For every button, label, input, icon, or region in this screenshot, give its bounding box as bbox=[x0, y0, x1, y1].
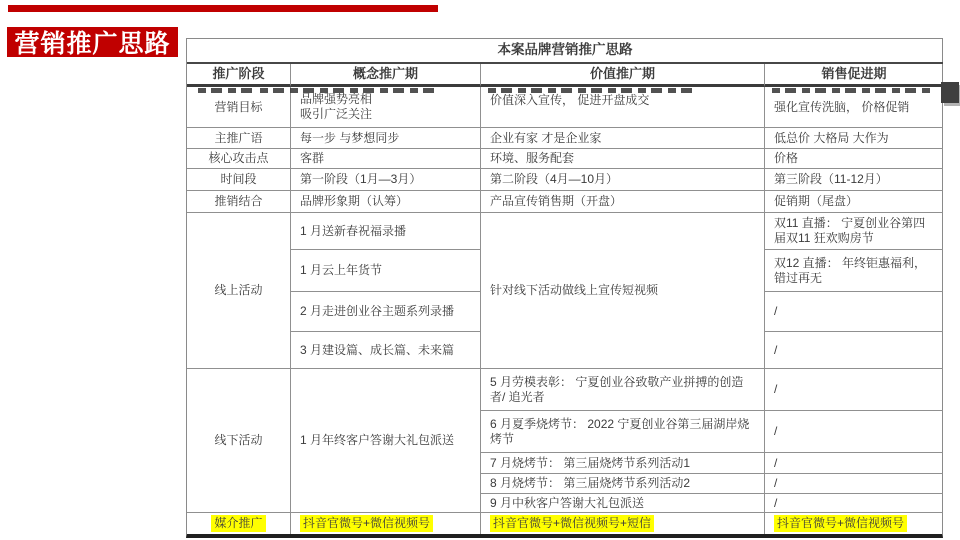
marketing-table: 本案品牌营销推广思路 推广阶段 概念推广期 价值推广期 销售促进期 营销目标 品… bbox=[186, 38, 943, 538]
row-label-goal: 营销目标 bbox=[187, 87, 291, 128]
section-label-offline: 线下活动 bbox=[187, 369, 291, 513]
offline-value-item-4: 8 月烧烤节： 第三届烧烤节系列活动2 bbox=[481, 474, 765, 494]
online-value-merged: 针对线下活动做线上宣传短视频 bbox=[481, 213, 765, 369]
row-label-period: 时间段 bbox=[187, 169, 291, 191]
cell-slogan-sales: 低总价 大格局 大作为 bbox=[765, 128, 943, 149]
cell-focus-sales: 价格 bbox=[765, 149, 943, 169]
offline-value-item-5: 9 月中秋客户答谢大礼包派送 bbox=[481, 494, 765, 513]
cell-period-value: 第二阶段（4月—10月） bbox=[481, 169, 765, 191]
cell-goal-concept: 品牌强势亮相 吸引广泛关注 bbox=[291, 87, 481, 128]
offline-value-item-1: 5 月劳模表彰： 宁夏创业谷致敬产业拼搏的创造者/ 追光者 bbox=[481, 369, 765, 411]
cell-focus-concept: 客群 bbox=[291, 149, 481, 169]
slide-page: 营销推广思路 本案品牌营销推广思路 推广阶段 概念推广期 价值推广期 销售促进期… bbox=[0, 0, 960, 540]
online-sales-item-4: / bbox=[765, 332, 943, 369]
row-label-focus: 核心攻击点 bbox=[187, 149, 291, 169]
offline-sales-item-2: / bbox=[765, 411, 943, 453]
media-label-highlight: 媒介推广 bbox=[211, 515, 265, 532]
online-concept-item-4: 3 月建设篇、成长篇、未来篇 bbox=[291, 332, 481, 369]
offline-sales-item-1: / bbox=[765, 369, 943, 411]
redaction-artifact bbox=[772, 88, 934, 93]
cell-combine-concept: 品牌形象期（认筹） bbox=[291, 191, 481, 213]
media-cell-concept: 抖音官微号+微信视频号 bbox=[291, 513, 481, 534]
header-concept-period: 概念推广期 bbox=[291, 64, 481, 87]
dark-square-decoration bbox=[941, 82, 959, 103]
media-cell-sales: 抖音官微号+微信视频号 bbox=[765, 513, 943, 534]
cell-period-sales: 第三阶段（11-12月） bbox=[765, 169, 943, 191]
section-label-online: 线上活动 bbox=[187, 213, 291, 369]
offline-sales-item-4: / bbox=[765, 474, 943, 494]
cell-slogan-concept: 每一步 与梦想同步 bbox=[291, 128, 481, 149]
offline-value-item-2: 6 月夏季烧烤节： 2022 宁夏创业谷第三届湖岸烧烤节 bbox=[481, 411, 765, 453]
online-concept-item-2: 1 月云上年货节 bbox=[291, 250, 481, 292]
cell-combine-sales: 促销期（尾盘） bbox=[765, 191, 943, 213]
redaction-artifact bbox=[260, 88, 438, 93]
online-concept-item-1: 1 月送新春祝福录播 bbox=[291, 213, 481, 250]
slide-title-box: 营销推广思路 bbox=[7, 27, 178, 57]
table-title: 本案品牌营销推广思路 bbox=[187, 39, 943, 64]
online-sales-item-1: 双11 直播： 宁夏创业谷第四届双11 狂欢购房节 bbox=[765, 213, 943, 250]
online-sales-item-3: / bbox=[765, 292, 943, 332]
cell-goal-value: 价值深入宣传， 促进开盘成交 bbox=[481, 87, 765, 128]
cell-period-concept: 第一阶段（1月—3月） bbox=[291, 169, 481, 191]
top-red-strip bbox=[8, 5, 438, 12]
header-stage: 推广阶段 bbox=[187, 64, 291, 87]
offline-sales-item-5: / bbox=[765, 494, 943, 513]
slide-title: 营销推广思路 bbox=[14, 24, 170, 60]
redaction-artifact bbox=[488, 88, 693, 93]
cell-focus-value: 环境、服务配套 bbox=[481, 149, 765, 169]
cell-goal-sales: 强化宣传洗脑， 价格促销 bbox=[765, 87, 943, 128]
online-sales-item-2: 双12 直播： 年终钜惠福利，错过再无 bbox=[765, 250, 943, 292]
media-cell-value: 抖音官微号+微信视频号+短信 bbox=[481, 513, 765, 534]
cell-slogan-value: 企业有家 才是企业家 bbox=[481, 128, 765, 149]
row-label-slogan: 主推广语 bbox=[187, 128, 291, 149]
row-label-media: 媒介推广 bbox=[187, 513, 291, 534]
header-value-period: 价值推广期 bbox=[481, 64, 765, 87]
online-concept-item-3: 2 月走进创业谷主题系列录播 bbox=[291, 292, 481, 332]
row-label-combine: 推销结合 bbox=[187, 191, 291, 213]
cell-combine-value: 产品宣传销售期（开盘） bbox=[481, 191, 765, 213]
header-sales-period: 销售促进期 bbox=[765, 64, 943, 87]
offline-value-item-3: 7 月烧烤节： 第三届烧烤节系列活动1 bbox=[481, 453, 765, 474]
offline-concept-merged: 1 月年终客户答谢大礼包派送 bbox=[291, 369, 481, 513]
offline-sales-item-3: / bbox=[765, 453, 943, 474]
redaction-artifact bbox=[198, 88, 254, 93]
